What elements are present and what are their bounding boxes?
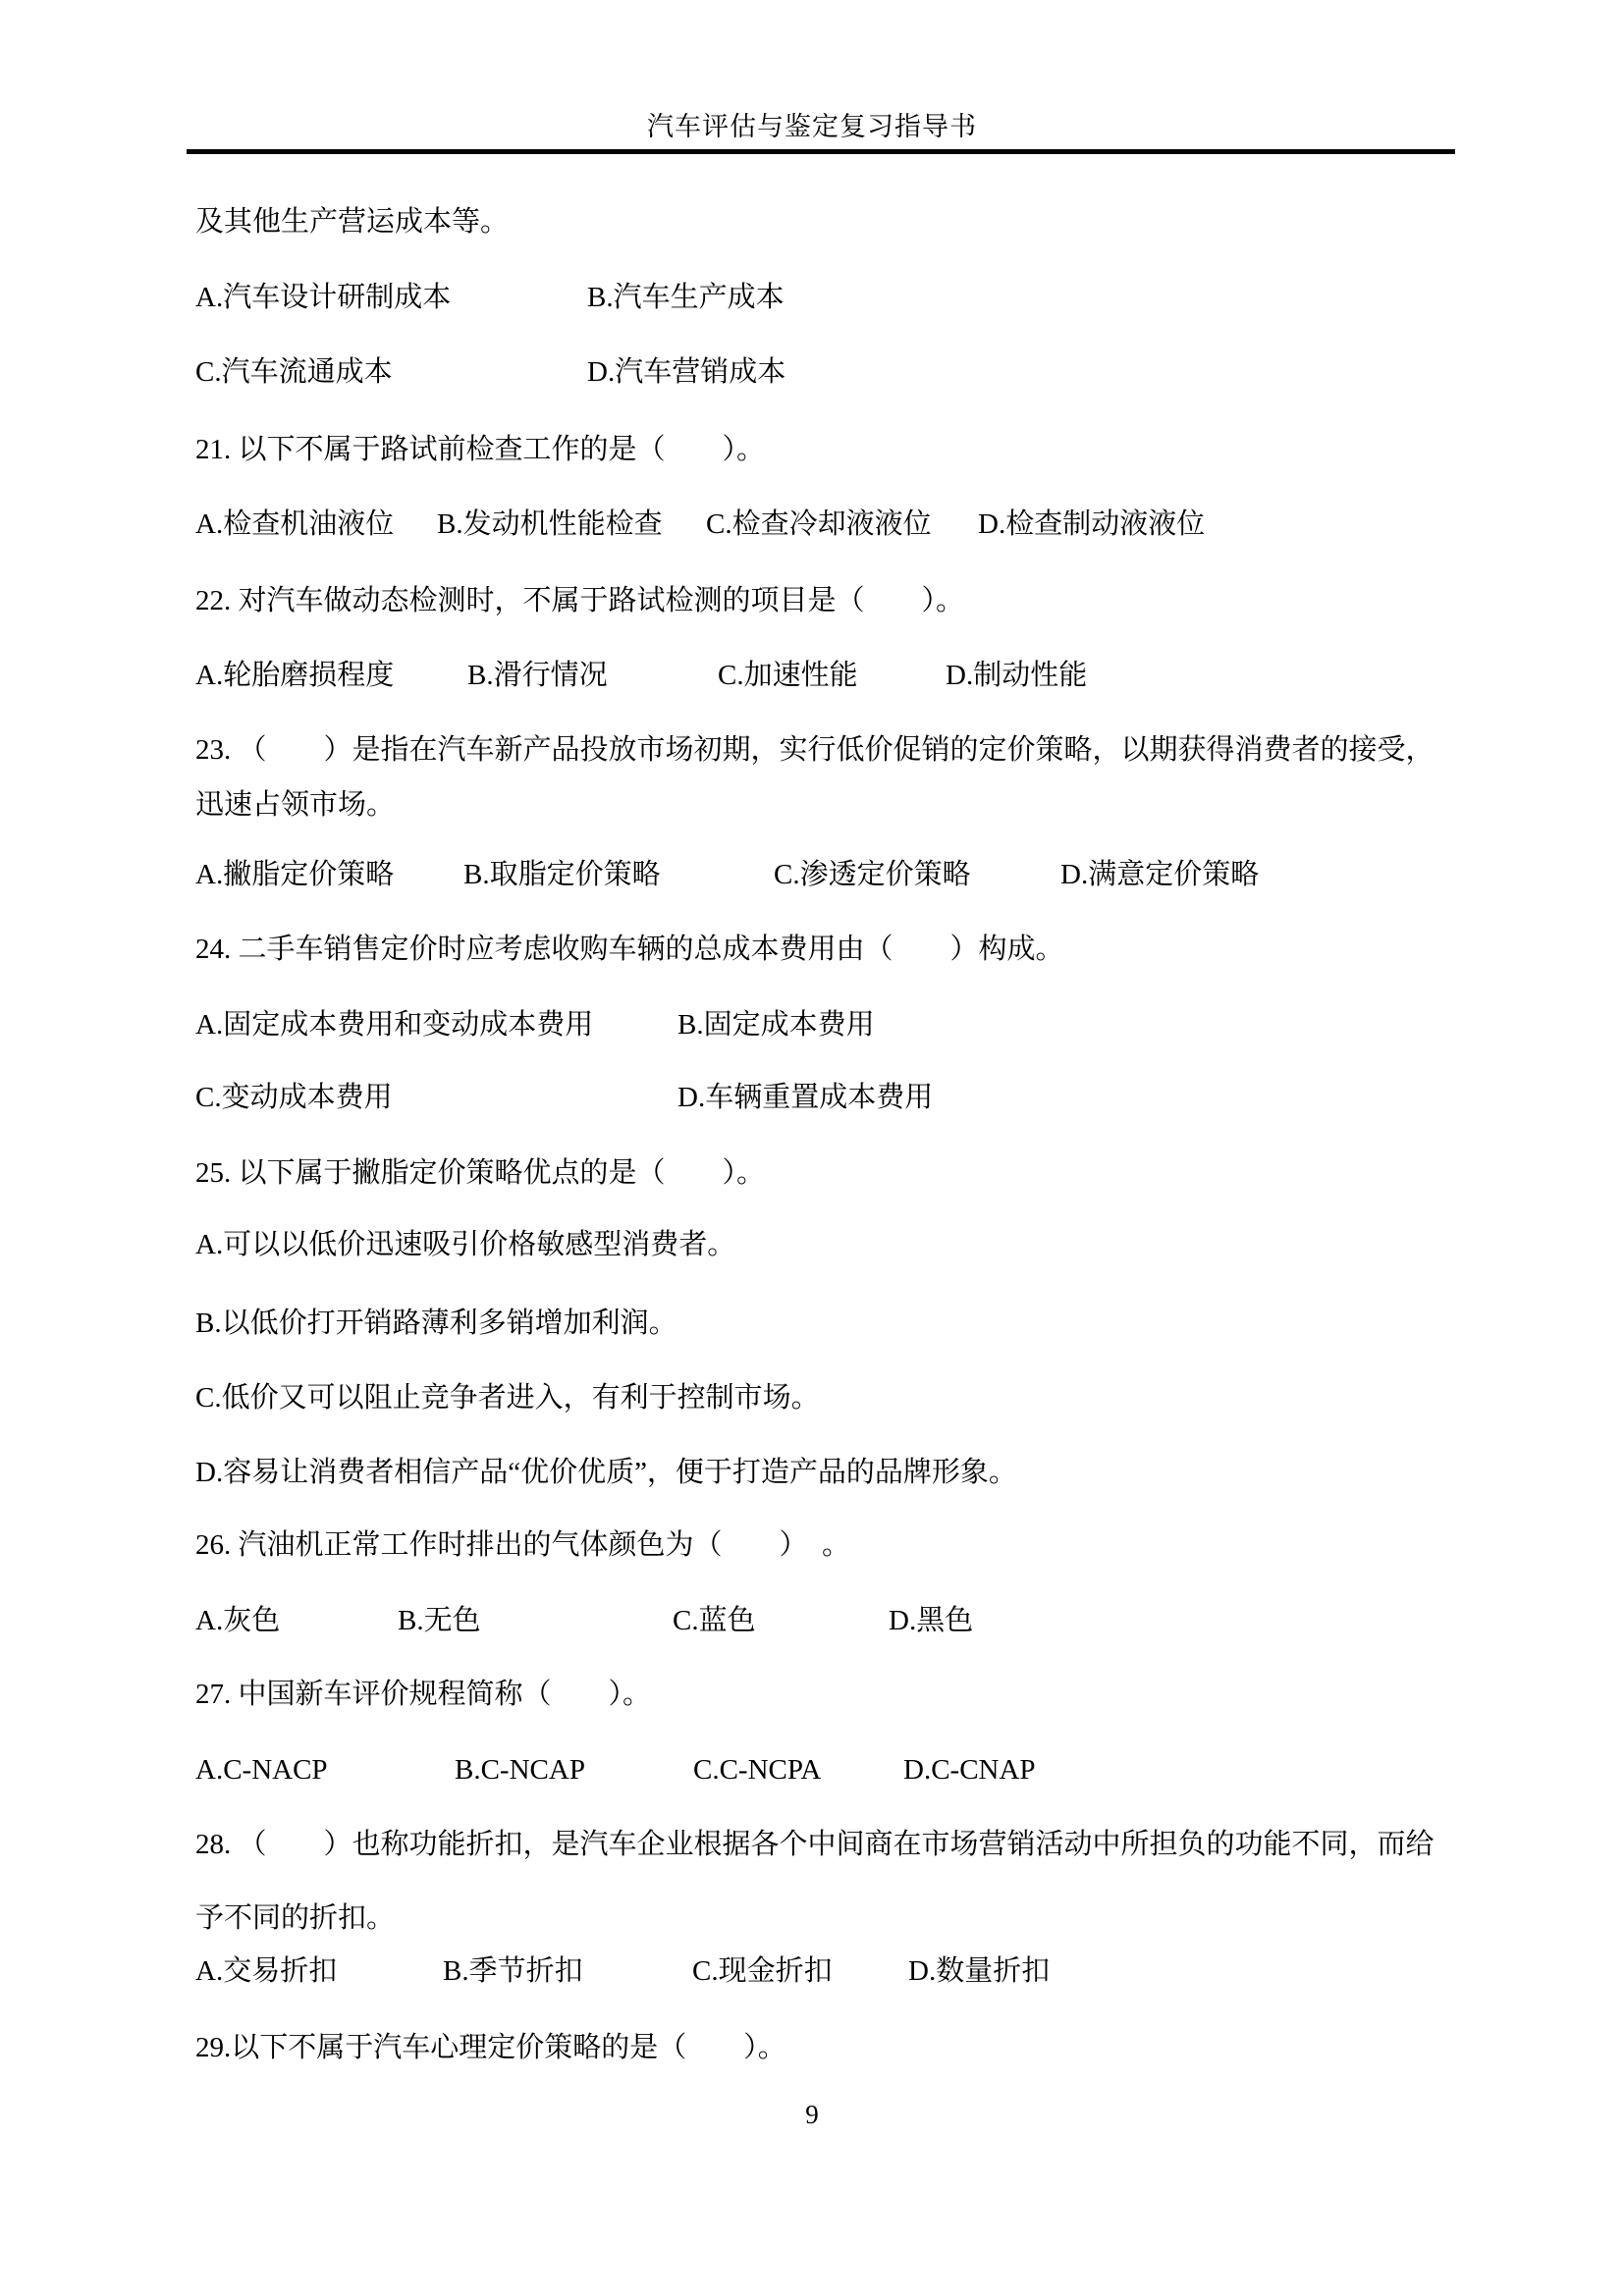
question-24-options-row-1: A.固定成本费用和变动成本费用 B.固定成本费用 (0, 1007, 1624, 1048)
option-c: C.蓝色 (673, 1603, 756, 1639)
question-25-option-a: A.可以以低价迅速吸引价格敏感型消费者。 (195, 1227, 735, 1263)
page-number: 9 (0, 2098, 1624, 2131)
question-25-option-d: D.容易让消费者相信产品“优价优质”，便于打造产品的品牌形象。 (195, 1455, 1017, 1491)
option-b: B.季节折扣 (443, 1953, 583, 1990)
question-26-options: A.灰色 B.无色 C.蓝色 D.黑色 (0, 1603, 1624, 1644)
option-d: D.制动性能 (946, 658, 1087, 694)
header-rule (187, 149, 1455, 154)
question-25-option-c: C.低价又可以阻止竞争者进入，有利于控制市场。 (195, 1380, 820, 1416)
option-a: A.撇脂定价策略 (195, 857, 394, 893)
question-27-stem: 27. 中国新车评价规程简称（ ）。 (195, 1677, 651, 1713)
option-b: B.无色 (398, 1603, 481, 1639)
option-b: B.固定成本费用 (677, 1007, 875, 1043)
option-c: C.C-NCPA (693, 1752, 821, 1789)
option-b: B.滑行情况 (467, 658, 608, 694)
option-d: D.检查制动液液位 (978, 507, 1205, 543)
option-a: A.轮胎磨损程度 (195, 658, 394, 694)
question-21-options: A.检查机油液位 B.发动机性能检查 C.检查冷却液液位 D.检查制动液液位 (0, 507, 1624, 548)
option-a: A.固定成本费用和变动成本费用 (195, 1007, 593, 1043)
question-27-options: A.C-NACP B.C-NCAP C.C-NCPA D.C-CNAP (0, 1752, 1624, 1793)
question-25-stem: 25. 以下属于撇脂定价策略优点的是（ ）。 (195, 1155, 765, 1192)
question-20-options-row-1: A.汽车设计研制成本 B.汽车生产成本 (0, 280, 1624, 321)
option-d: D.黑色 (889, 1603, 973, 1639)
option-a: A.检查机油液位 (195, 507, 394, 543)
option-b: B.取脂定价策略 (463, 857, 661, 893)
option-c: C.加速性能 (718, 658, 858, 694)
question-24-options-row-2: C.变动成本费用 D.车辆重置成本费用 (0, 1080, 1624, 1121)
page-header-title: 汽车评估与鉴定复习指导书 (0, 110, 1624, 143)
option-d: D.车辆重置成本费用 (677, 1080, 933, 1116)
option-c: C.变动成本费用 (195, 1080, 393, 1116)
question-26-stem: 26. 汽油机正常工作时排出的气体颜色为（ ） 。 (195, 1527, 850, 1564)
question-28-stem-line-2: 予不同的折扣。 (195, 1900, 395, 1937)
option-c: C.现金折扣 (692, 1953, 833, 1990)
option-d: D.C-CNAP (903, 1752, 1036, 1789)
option-a: A.C-NACP (195, 1752, 328, 1789)
option-a: A.灰色 (195, 1603, 280, 1639)
question-20-continuation: 及其他生产营运成本等。 (195, 204, 509, 240)
question-24-stem: 24. 二手车销售定价时应考虑收购车辆的总成本费用由（ ）构成。 (195, 932, 1064, 968)
question-22-options: A.轮胎磨损程度 B.滑行情况 C.加速性能 D.制动性能 (0, 658, 1624, 699)
option-c: C.检查冷却液液位 (706, 507, 932, 543)
question-20-options-row-2: C.汽车流通成本 D.汽车营销成本 (0, 354, 1624, 396)
option-b: B.汽车生产成本 (587, 280, 785, 316)
option-c: C.汽车流通成本 (195, 354, 393, 391)
option-d: D.数量折扣 (908, 1953, 1050, 1990)
option-d: D.满意定价策略 (1060, 857, 1259, 893)
option-c: C.渗透定价策略 (774, 857, 971, 893)
option-d: D.汽车营销成本 (587, 354, 785, 391)
question-23-stem-line-2: 迅速占领市场。 (195, 787, 395, 824)
question-29-stem: 29.以下不属于汽车心理定价策略的是（ ）。 (195, 2030, 786, 2066)
option-b: B.发动机性能检查 (437, 507, 663, 543)
option-a: A.汽车设计研制成本 (195, 280, 451, 316)
question-23-options: A.撇脂定价策略 B.取脂定价策略 C.渗透定价策略 D.满意定价策略 (0, 857, 1624, 898)
option-b: B.C-NCAP (455, 1752, 585, 1789)
question-21-stem: 21. 以下不属于路试前检查工作的是（ ）。 (195, 432, 765, 468)
option-a: A.交易折扣 (195, 1953, 337, 1990)
document-page: 汽车评估与鉴定复习指导书 及其他生产营运成本等。 A.汽车设计研制成本 B.汽车… (0, 0, 1624, 2296)
question-22-stem: 22. 对汽车做动态检测时，不属于路试检测的项目是（ ）。 (195, 583, 964, 619)
question-28-options: A.交易折扣 B.季节折扣 C.现金折扣 D.数量折扣 (0, 1953, 1624, 1995)
question-23-stem-line-1: 23. （ ）是指在汽车新产品投放市场初期，实行低价促销的定价策略，以期获得消费… (195, 732, 1435, 769)
question-25-option-b: B.以低价打开销路薄利多销增加利润。 (195, 1306, 677, 1342)
question-28-stem-line-1: 28. （ ）也称功能折扣，是汽车企业根据各个中间商在市场营销活动中所担负的功能… (195, 1827, 1435, 1863)
